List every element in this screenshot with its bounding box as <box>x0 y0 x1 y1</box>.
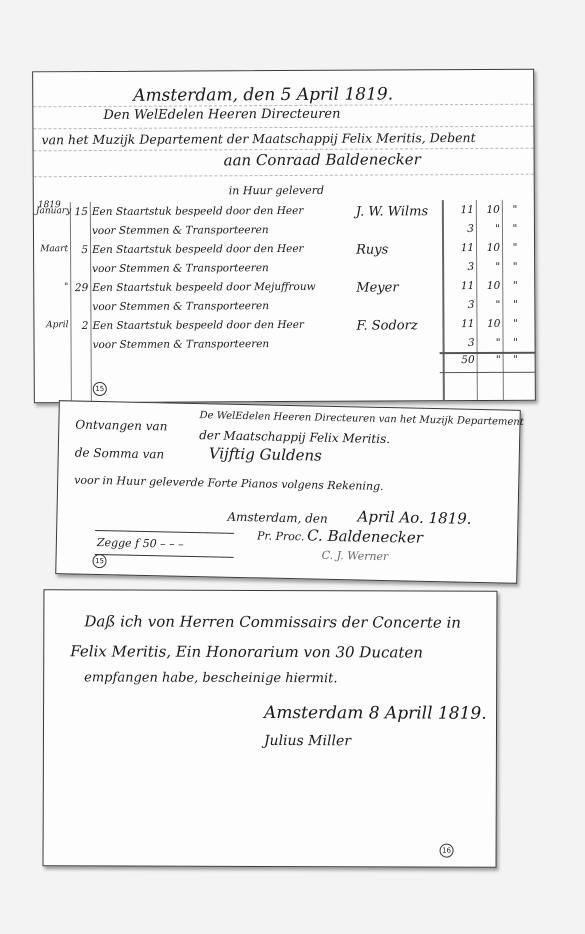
total-rule <box>440 372 535 373</box>
letter-signature: Julius Miller <box>264 733 351 749</box>
ledger-penning: " <box>504 242 526 254</box>
signature-prefix: Pr. Proc. <box>257 529 305 543</box>
ledger-guilders: 3 <box>446 223 474 235</box>
ledger-stuivers: " <box>479 337 501 349</box>
ledger-row: Maart5Een Staartstuk bespeeld door den H… <box>34 242 534 264</box>
ledger-name: J. W. Wilms <box>356 204 428 219</box>
ledger-stuivers: " <box>478 223 500 235</box>
ledger-month: April <box>36 320 68 330</box>
ledger-name: Ruys <box>356 242 388 257</box>
ledger-stuivers: " <box>478 261 500 273</box>
letter-line1: Daß ich von Herren Commissairs der Conce… <box>84 612 461 631</box>
ledger-guilders: 11 <box>446 318 474 330</box>
sum-label: de Somma van <box>75 446 165 462</box>
ledger-desc: Een Staartstuk bespeeld door den Heer <box>92 205 304 218</box>
page-number-badge: 15 <box>93 382 107 396</box>
ledger-stuivers: 10 <box>478 280 500 292</box>
ledger-guilders: 11 <box>446 242 474 254</box>
ledger-row: voor Stemmen & Transporteeren3"" <box>34 299 534 321</box>
ledger-row: April2Een Staartstuk bespeeld door den H… <box>34 318 534 340</box>
ledger-desc: Een Staartstuk bespeeld door Mejuffrouw <box>92 281 315 294</box>
signature-secondary: C. J. Werner <box>322 549 389 563</box>
ledger-day: 5 <box>72 244 88 256</box>
payer-line2: der Maatschappij Felix Meritis. <box>199 428 390 446</box>
ledger-desc: voor Stemmen & Transporteeren <box>92 300 269 313</box>
ledger-stuivers: 10 <box>478 204 500 216</box>
ledger-desc: voor Stemmen & Transporteeren <box>92 262 269 275</box>
ledger-row: "29Een Staartstuk bespeeld door Mejuffro… <box>34 280 534 302</box>
invoice-title: Amsterdam, den 5 April 1819. <box>133 84 393 105</box>
receipt-reason: voor in Huur geleverde Forte Pianos volg… <box>74 474 384 493</box>
letter-date: Amsterdam 8 Aprill 1819. <box>264 703 487 724</box>
received-from-label: Ontvangen van <box>75 418 167 434</box>
ledger-guilders: 3 <box>447 337 475 349</box>
ledger-row: January15Een Staartstuk bespeeld door de… <box>34 204 534 226</box>
ledger-penning: " <box>505 337 527 349</box>
letter-line2: Felix Meritis, Ein Honorarium von 30 Duc… <box>70 642 423 661</box>
ledger-guilders: 11 <box>446 204 474 216</box>
letter-line3: empfangen habe, bescheinige hiermit. <box>84 670 337 686</box>
invoice-document: Amsterdam, den 5 April 1819. Den WelEdel… <box>32 69 536 404</box>
ledger-day: 2 <box>72 320 88 332</box>
ledger-desc: Een Staartstuk bespeeld door den Heer <box>92 319 304 332</box>
ledger-penning: " <box>504 261 526 273</box>
receipt-document: Ontvangen van De WelEdelen Heeren Direct… <box>55 400 521 584</box>
zegge-amount: Zegge f 50 – – – <box>95 530 234 558</box>
invoice-address-line3: aan Conraad Baldenecker <box>224 150 421 169</box>
total-guilders: 50 <box>447 354 475 366</box>
receipt-date: April Ao. 1819. <box>357 507 471 527</box>
ledger-row: voor Stemmen & Transporteeren3"" <box>34 261 534 283</box>
ledger-penning: " <box>504 299 526 311</box>
invoice-address-line2: van het Muzijk Departement der Maatschap… <box>41 130 475 147</box>
signature: C. Baldenecker <box>307 526 423 546</box>
letter-document: Daß ich von Herren Commissairs der Conce… <box>43 589 498 868</box>
total-stuivers: " <box>479 354 501 366</box>
total-penning: " <box>505 354 527 366</box>
payer-line1: De WelEdelen Heeren Directeuren van het … <box>199 410 523 428</box>
ledger-penning: " <box>504 318 526 330</box>
receipt-place: Amsterdam, den <box>227 510 327 526</box>
ledger-penning: " <box>504 223 526 235</box>
sum-value: Vijftig Guldens <box>209 444 322 464</box>
ledger-desc: voor Stemmen & Transporteeren <box>92 224 269 237</box>
ledger-name: F. Sodorz <box>356 318 417 333</box>
ledger-penning: " <box>504 204 526 216</box>
ledger-row: voor Stemmen & Transporteeren3"" <box>34 223 534 245</box>
ledger-month: " <box>36 282 68 292</box>
ledger-day: 29 <box>72 282 88 294</box>
ledger-desc: voor Stemmen & Transporteeren <box>93 338 270 351</box>
ledger-desc: Een Staartstuk bespeeld door den Heer <box>92 243 304 256</box>
ledger-guilders: 3 <box>446 299 474 311</box>
page-number-badge: 16 <box>440 844 454 858</box>
invoice-subheader: in Huur geleverd <box>229 184 324 197</box>
ledger-month: Maart <box>36 244 68 254</box>
ledger-guilders: 3 <box>446 261 474 273</box>
ledger-rows: January15Een Staartstuk bespeeld door de… <box>33 70 533 73</box>
invoice-address-line1: Den WelEdelen Heeren Directeuren <box>103 107 340 123</box>
page-number-badge: 15 <box>92 554 106 568</box>
ledger-guilders: 11 <box>446 280 474 292</box>
ledger-penning: " <box>504 280 526 292</box>
ledger-stuivers: 10 <box>478 242 500 254</box>
ledger-day: 15 <box>72 206 88 218</box>
ledger-name: Meyer <box>356 280 398 295</box>
ledger-stuivers: 10 <box>478 318 500 330</box>
ledger-month: January <box>36 206 68 216</box>
ledger-stuivers: " <box>478 299 500 311</box>
